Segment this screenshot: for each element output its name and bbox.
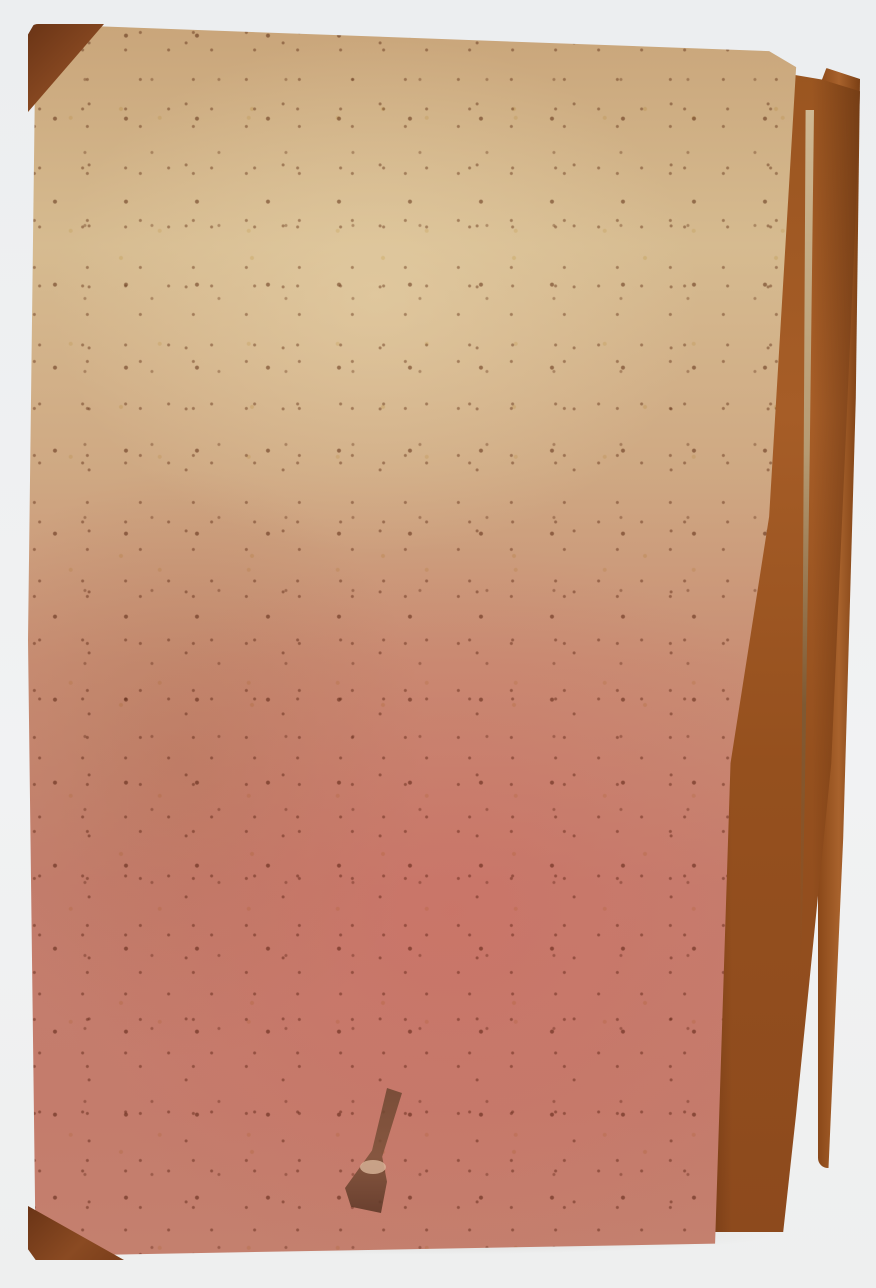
stain-highlight <box>360 1160 386 1174</box>
paper-speckle-texture <box>28 24 800 1256</box>
book-back-cover <box>28 24 800 1256</box>
photo-scene <box>0 0 876 1288</box>
